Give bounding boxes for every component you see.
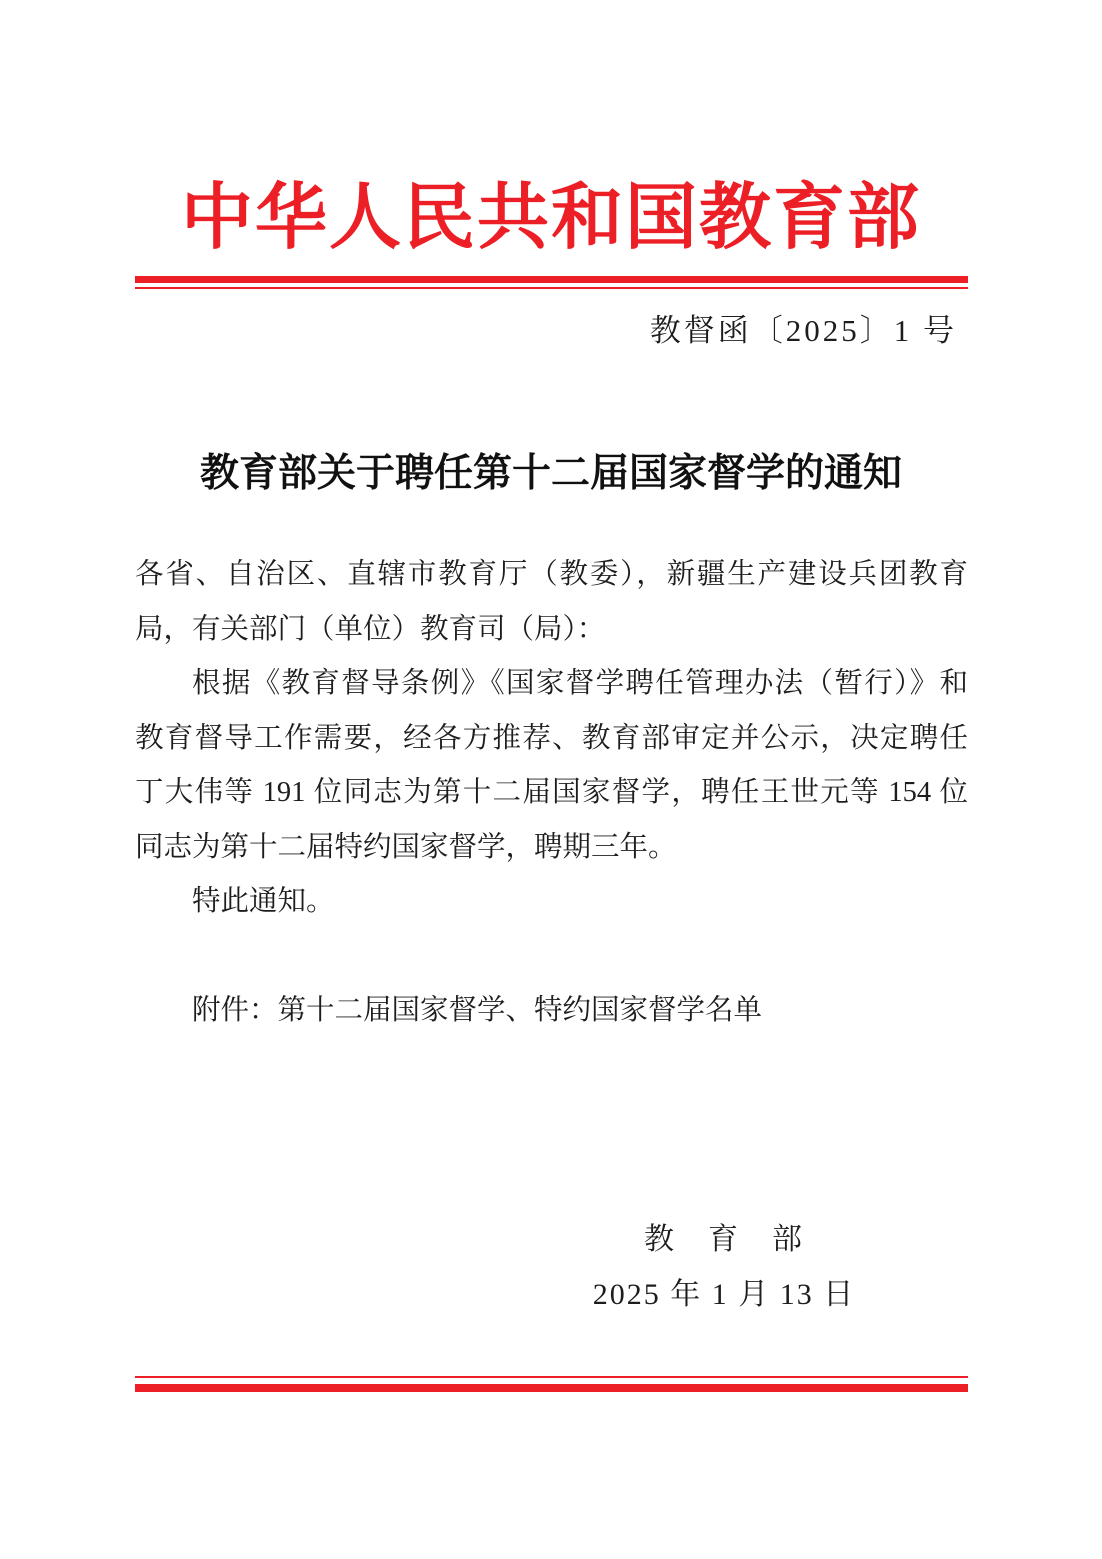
- body-line: 局，有关部门（单位）教育司（局）：: [135, 603, 968, 658]
- masthead-divider-thin: [135, 287, 968, 289]
- issuer-signature: 教 育 部: [444, 1212, 1004, 1267]
- notice-title: 教育部关于聘任第十二届国家督学的通知: [0, 448, 1102, 500]
- ministry-masthead-title: 中华人民共和国教育部: [0, 176, 1102, 260]
- body-line: 各省、自治区、直辖市教育厅（教委），新疆生产建设兵团教育: [135, 548, 968, 603]
- notice-body: 各省、自治区、直辖市教育厅（教委），新疆生产建设兵团教育 局，有关部门（单位）教…: [135, 548, 968, 1039]
- footer-divider-thin: [135, 1376, 968, 1378]
- body-line: 教育督导工作需要，经各方推荐、教育部审定并公示，决定聘任: [135, 712, 968, 767]
- body-line: 同志为第十二届特约国家督学，聘期三年。: [135, 821, 968, 876]
- document-reference-number: 教督函〔2025〕1 号: [650, 313, 957, 349]
- attachment-line: 附件：第十二届国家督学、特约国家督学名单: [135, 984, 968, 1039]
- body-line: 根据《教育督导条例》《国家督学聘任管理办法（暂行）》和: [135, 657, 968, 712]
- body-line: 特此通知。: [135, 875, 968, 930]
- official-document-page: 中华人民共和国教育部 教督函〔2025〕1 号 教育部关于聘任第十二届国家督学的…: [0, 0, 1102, 1559]
- blank-line: [135, 930, 968, 985]
- signature-block: 教 育 部 2025 年 1 月 13 日: [444, 1212, 1004, 1322]
- footer-divider-thick: [135, 1384, 968, 1392]
- masthead-divider-thick: [135, 276, 968, 283]
- issue-date: 2025 年 1 月 13 日: [444, 1267, 1004, 1322]
- body-line: 丁大伟等 191 位同志为第十二届国家督学，聘任王世元等 154 位: [135, 766, 968, 821]
